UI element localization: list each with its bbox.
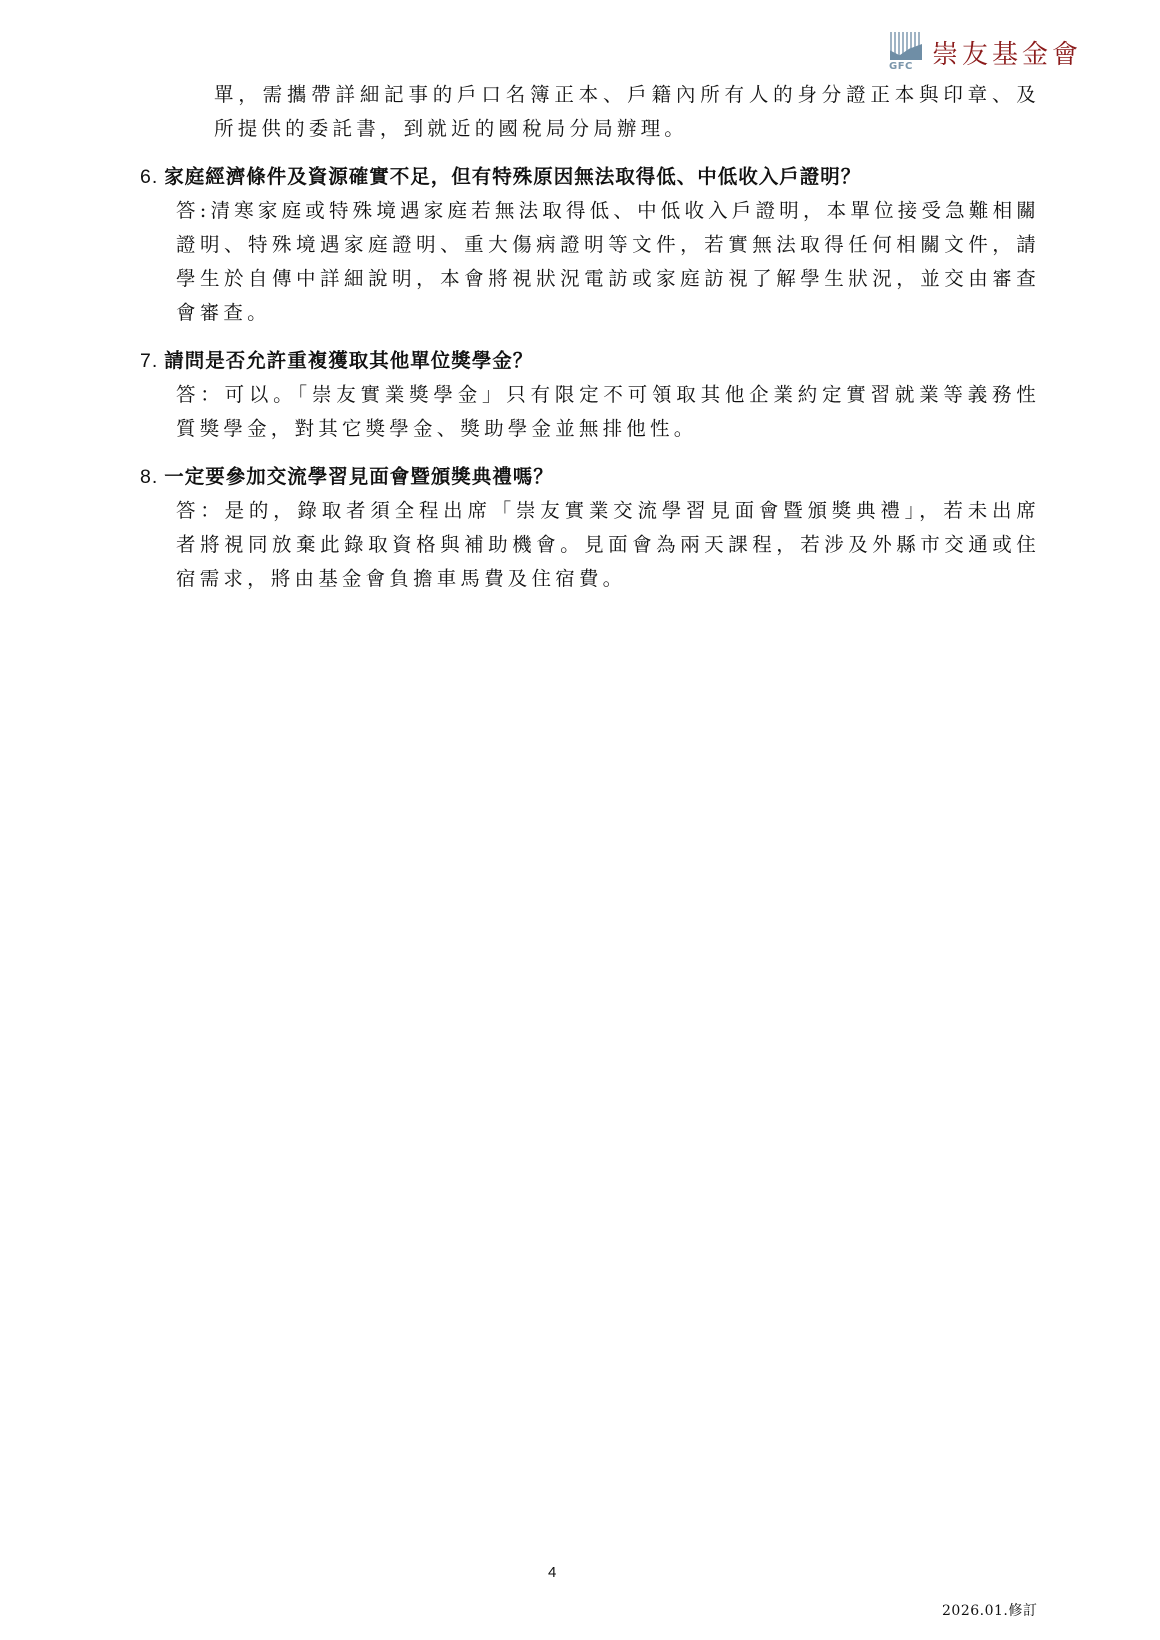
document-body: 單，需攜帶詳細記事的戶口名簿正本、戶籍內所有人的身分證正本與印章、及所提供的委託… xyxy=(140,78,1040,596)
logo-abbrev: GFC xyxy=(889,61,913,72)
revision-note: 2026.01.修訂 xyxy=(942,1600,1037,1620)
question-text: 請問是否允許重複獲取其他單位獎學金？ xyxy=(164,349,533,372)
gfc-logo-icon: GFC xyxy=(888,30,924,74)
faq-question: 6.家庭經濟條件及資源確實不足，但有特殊原因無法取得低、中低收入戶證明？ xyxy=(140,160,1040,194)
continuation-paragraph: 單，需攜帶詳細記事的戶口名簿正本、戶籍內所有人的身分證正本與印章、及所提供的委託… xyxy=(214,78,1040,146)
faq-item-7: 7.請問是否允許重複獲取其他單位獎學金？ 答：可以。「崇友實業獎學金」只有限定不… xyxy=(140,344,1040,446)
faq-answer: 答：可以。「崇友實業獎學金」只有限定不可領取其他企業約定實習就業等義務性質獎學金… xyxy=(176,378,1040,446)
faq-item-6: 6.家庭經濟條件及資源確實不足，但有特殊原因無法取得低、中低收入戶證明？ 答:清… xyxy=(140,160,1040,330)
page-number: 4 xyxy=(548,1564,556,1581)
faq-item-8: 8.一定要參加交流學習見面會暨頒獎典禮嗎？ 答：是的，錄取者須全程出席「崇友實業… xyxy=(140,460,1040,596)
faq-answer: 答：是的，錄取者須全程出席「崇友實業交流學習見面會暨頒獎典禮」，若未出席者將視同… xyxy=(176,494,1040,596)
question-number: 6. xyxy=(140,166,158,188)
header-logo: GFC 崇友基金會 xyxy=(888,30,1082,74)
question-number: 7. xyxy=(140,350,158,372)
question-text: 一定要參加交流學習見面會暨頒獎典禮嗎？ xyxy=(164,465,554,488)
faq-question: 7.請問是否允許重複獲取其他單位獎學金？ xyxy=(140,344,1040,378)
question-number: 8. xyxy=(140,466,158,488)
faq-question: 8.一定要參加交流學習見面會暨頒獎典禮嗎？ xyxy=(140,460,1040,494)
question-text: 家庭經濟條件及資源確實不足，但有特殊原因無法取得低、中低收入戶證明？ xyxy=(164,165,861,188)
faq-answer: 答:清寒家庭或特殊境遇家庭若無法取得低、中低收入戶證明，本單位接受急難相關證明、… xyxy=(176,194,1040,330)
logo-text: 崇友基金會 xyxy=(932,34,1082,71)
